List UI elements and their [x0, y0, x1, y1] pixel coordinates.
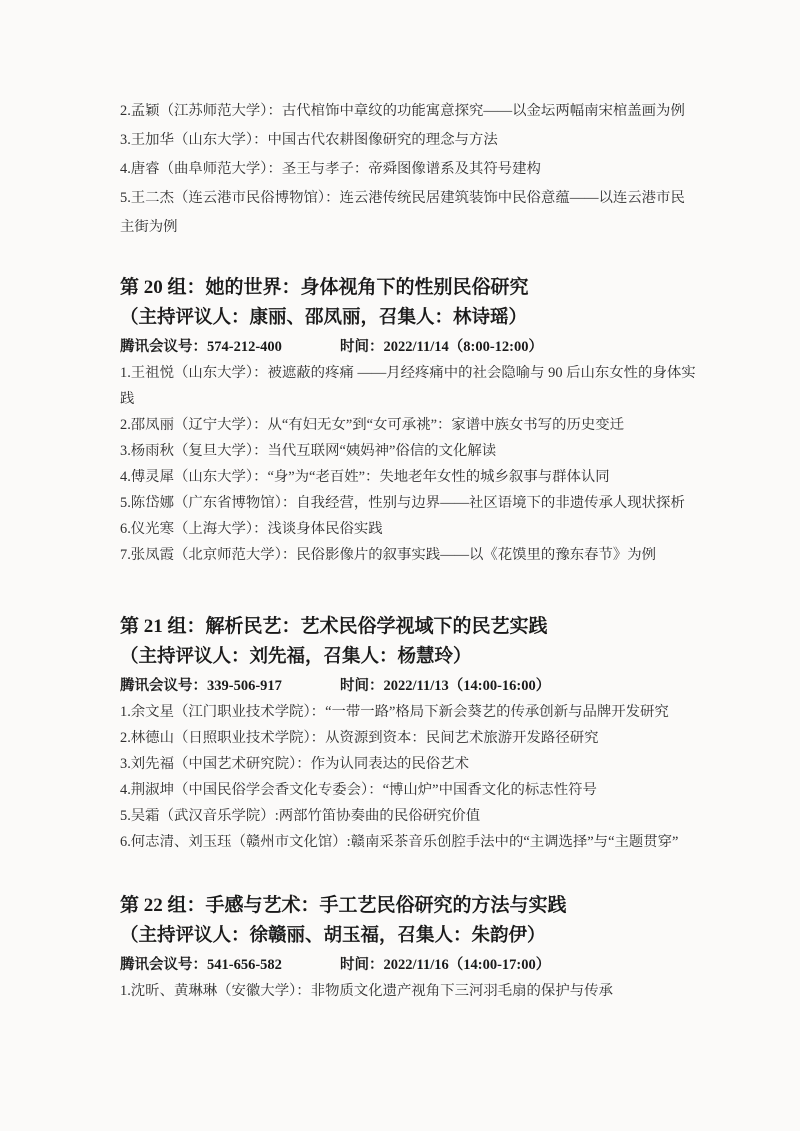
time-label: 时间：	[340, 339, 384, 355]
meeting-id-value: 574-212-400	[207, 339, 282, 355]
meeting-id-label: 腾讯会议号：	[120, 957, 207, 973]
session-item: 5.吴霜（武汉音乐学院）:两部竹笛协奏曲的民俗研究价值	[120, 803, 697, 829]
group-session-items: 1.余文星（江门职业技术学院）：“一带一路”格局下新会葵艺的传承创新与品牌开发研…	[120, 699, 697, 855]
session-item: 4.傅灵犀（山东大学）：“身”为“老百姓”：失地老年女性的城乡叙事与群体认同	[120, 464, 697, 490]
group-moderators: （主持评议人：刘先福，召集人：杨慧玲）	[120, 642, 697, 673]
group-session-items: 1.王祖悦（山东大学）：被遮蔽的疼痛 ——月经疼痛中的社会隐喻与 90 后山东女…	[120, 360, 697, 568]
meeting-info-row: 腾讯会议号：541-656-582时间：2022/11/16（14:00-17:…	[120, 952, 697, 978]
session-item: 2.邵凤丽（辽宁大学）：从“有妇无女”到“女可承祧”：家谱中族女书写的历史变迁	[120, 412, 697, 438]
session-item: 4.荆淑坤（中国民俗学会香文化专委会）：“博山炉”中国香文化的标志性符号	[120, 777, 697, 803]
session-item: 5.陈岱娜（广东省博物馆）：自我经营，性别与边界——社区语境下的非遗传承人现状探…	[120, 490, 697, 516]
time-value: 2022/11/16（14:00-17:00）	[384, 957, 551, 973]
session-item: 3.王加华（山东大学）：中国古代农耕图像研究的理念与方法	[120, 126, 697, 155]
group-title: 第 22 组：手感与艺术：手工艺民俗研究的方法与实践	[120, 890, 697, 921]
session-item: 2.孟颖（江苏师范大学）：古代棺饰中章纹的功能寓意探究——以金坛两幅南宋棺盖画为…	[120, 97, 697, 126]
session-item: 1.王祖悦（山东大学）：被遮蔽的疼痛 ——月经疼痛中的社会隐喻与 90 后山东女…	[120, 360, 697, 412]
group-20-section: 第 20 组：她的世界：身体视角下的性别民俗研究 （主持评议人：康丽、邵凤丽，召…	[120, 272, 697, 568]
time-value: 2022/11/14（8:00-12:00）	[384, 339, 544, 355]
meeting-info-row: 腾讯会议号：339-506-917时间：2022/11/13（14:00-16:…	[120, 673, 697, 699]
session-item: 4.唐睿（曲阜师范大学）：圣王与孝子：帝舜图像谱系及其符号建构	[120, 155, 697, 184]
session-item: 3.刘先福（中国艺术研究院）：作为认同表达的民俗艺术	[120, 751, 697, 777]
meeting-time-cell: 时间：2022/11/13（14:00-16:00）	[340, 678, 550, 694]
time-label: 时间：	[340, 678, 384, 694]
meeting-id-value: 339-506-917	[207, 678, 282, 694]
session-item: 3.杨雨秋（复旦大学）：当代互联网“姨妈神”俗信的文化解读	[120, 438, 697, 464]
meeting-time-cell: 时间：2022/11/14（8:00-12:00）	[340, 339, 543, 355]
meeting-id-cell: 腾讯会议号：339-506-917	[120, 673, 340, 699]
meeting-id-label: 腾讯会议号：	[120, 678, 207, 694]
group-title: 第 20 组：她的世界：身体视角下的性别民俗研究	[120, 272, 697, 303]
meeting-id-cell: 腾讯会议号：574-212-400	[120, 334, 340, 360]
conference-program-page: 2.孟颖（江苏师范大学）：古代棺饰中章纹的功能寓意探究——以金坛两幅南宋棺盖画为…	[0, 0, 800, 1131]
time-value: 2022/11/13（14:00-16:00）	[384, 678, 551, 694]
session-item: 1.余文星（江门职业技术学院）：“一带一路”格局下新会葵艺的传承创新与品牌开发研…	[120, 699, 697, 725]
group-session-items: 1.沈昕、黄琳琳（安徽大学）：非物质文化遗产视角下三河羽毛扇的保护与传承	[120, 978, 697, 1004]
session-item: 5.王二杰（连云港市民俗博物馆）：连云港传统民居建筑装饰中民俗意蕴——以连云港市…	[120, 184, 697, 242]
page-content: 2.孟颖（江苏师范大学）：古代棺饰中章纹的功能寓意探究——以金坛两幅南宋棺盖画为…	[120, 97, 697, 1004]
session-item: 6.仪光寒（上海大学）：浅谈身体民俗实践	[120, 516, 697, 542]
time-label: 时间：	[340, 957, 384, 973]
group-21-section: 第 21 组：解析民艺：艺术民俗学视域下的民艺实践 （主持评议人：刘先福，召集人…	[120, 611, 697, 855]
meeting-id-cell: 腾讯会议号：541-656-582	[120, 952, 340, 978]
group-moderators: （主持评议人：康丽、邵凤丽，召集人：林诗瑶）	[120, 303, 697, 334]
meeting-time-cell: 时间：2022/11/16（14:00-17:00）	[340, 957, 550, 973]
session-item: 1.沈昕、黄琳琳（安徽大学）：非物质文化遗产视角下三河羽毛扇的保护与传承	[120, 978, 697, 1004]
meeting-id-label: 腾讯会议号：	[120, 339, 207, 355]
meeting-id-value: 541-656-582	[207, 957, 282, 973]
meeting-info-row: 腾讯会议号：574-212-400时间：2022/11/14（8:00-12:0…	[120, 334, 697, 360]
session-item: 7.张凤霞（北京师范大学）：民俗影像片的叙事实践——以《花馍里的豫东春节》为例	[120, 542, 697, 568]
previous-group-continued-items: 2.孟颖（江苏师范大学）：古代棺饰中章纹的功能寓意探究——以金坛两幅南宋棺盖画为…	[120, 97, 697, 242]
session-item: 6.何志清、刘玉珏（赣州市文化馆）:赣南采茶音乐创腔手法中的“主调选择”与“主题…	[120, 829, 697, 855]
session-item: 2.林德山（日照职业技术学院）：从资源到资本：民间艺术旅游开发路径研究	[120, 725, 697, 751]
group-22-section: 第 22 组：手感与艺术：手工艺民俗研究的方法与实践 （主持评议人：徐赣丽、胡玉…	[120, 890, 697, 1004]
group-title: 第 21 组：解析民艺：艺术民俗学视域下的民艺实践	[120, 611, 697, 642]
group-moderators: （主持评议人：徐赣丽、胡玉福，召集人：朱韵伊）	[120, 921, 697, 952]
